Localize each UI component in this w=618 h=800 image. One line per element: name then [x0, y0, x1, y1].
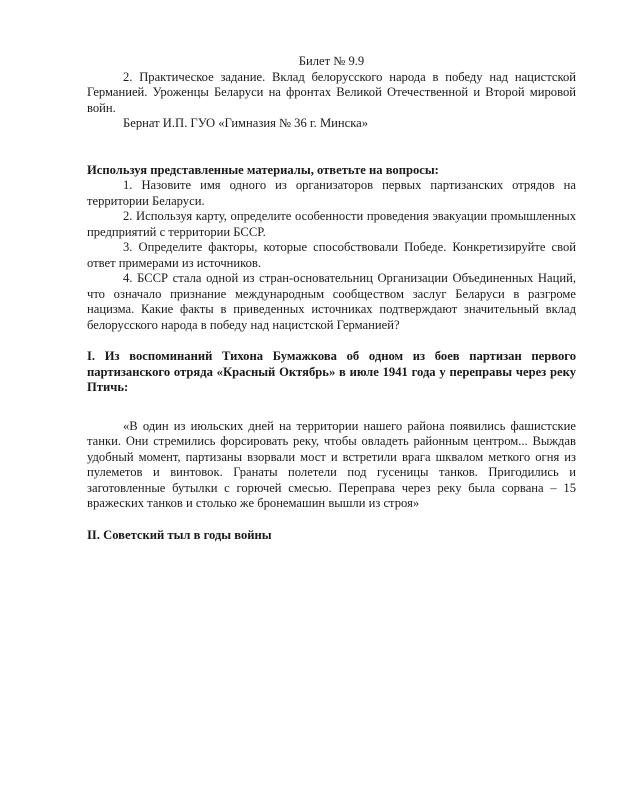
section-2-heading: II. Советский тыл в годы войны: [87, 528, 576, 544]
question-item: 3. Определите факторы, которые способств…: [87, 240, 576, 271]
author-line: Бернат И.П. ГУО «Гимназия № 36 г. Минска…: [87, 116, 576, 132]
task-description: 2. Практическое задание. Вклад белорусск…: [87, 70, 576, 117]
question-item: 2. Используя карту, определите особеннос…: [87, 209, 576, 240]
section-1-heading: I. Из воспоминаний Тихона Бумажкова об о…: [87, 349, 576, 396]
question-item: 1. Назовите имя одного из организаторов …: [87, 178, 576, 209]
document-page: Билет № 9.9 2. Практическое задание. Вкл…: [87, 54, 576, 543]
questions-heading: Используя представленные материалы, отве…: [87, 163, 576, 179]
ticket-title: Билет № 9.9: [87, 54, 576, 70]
section-1-quote: «В один из июльских дней на территории н…: [87, 419, 576, 512]
question-item: 4. БССР стала одной из стран-основательн…: [87, 271, 576, 333]
